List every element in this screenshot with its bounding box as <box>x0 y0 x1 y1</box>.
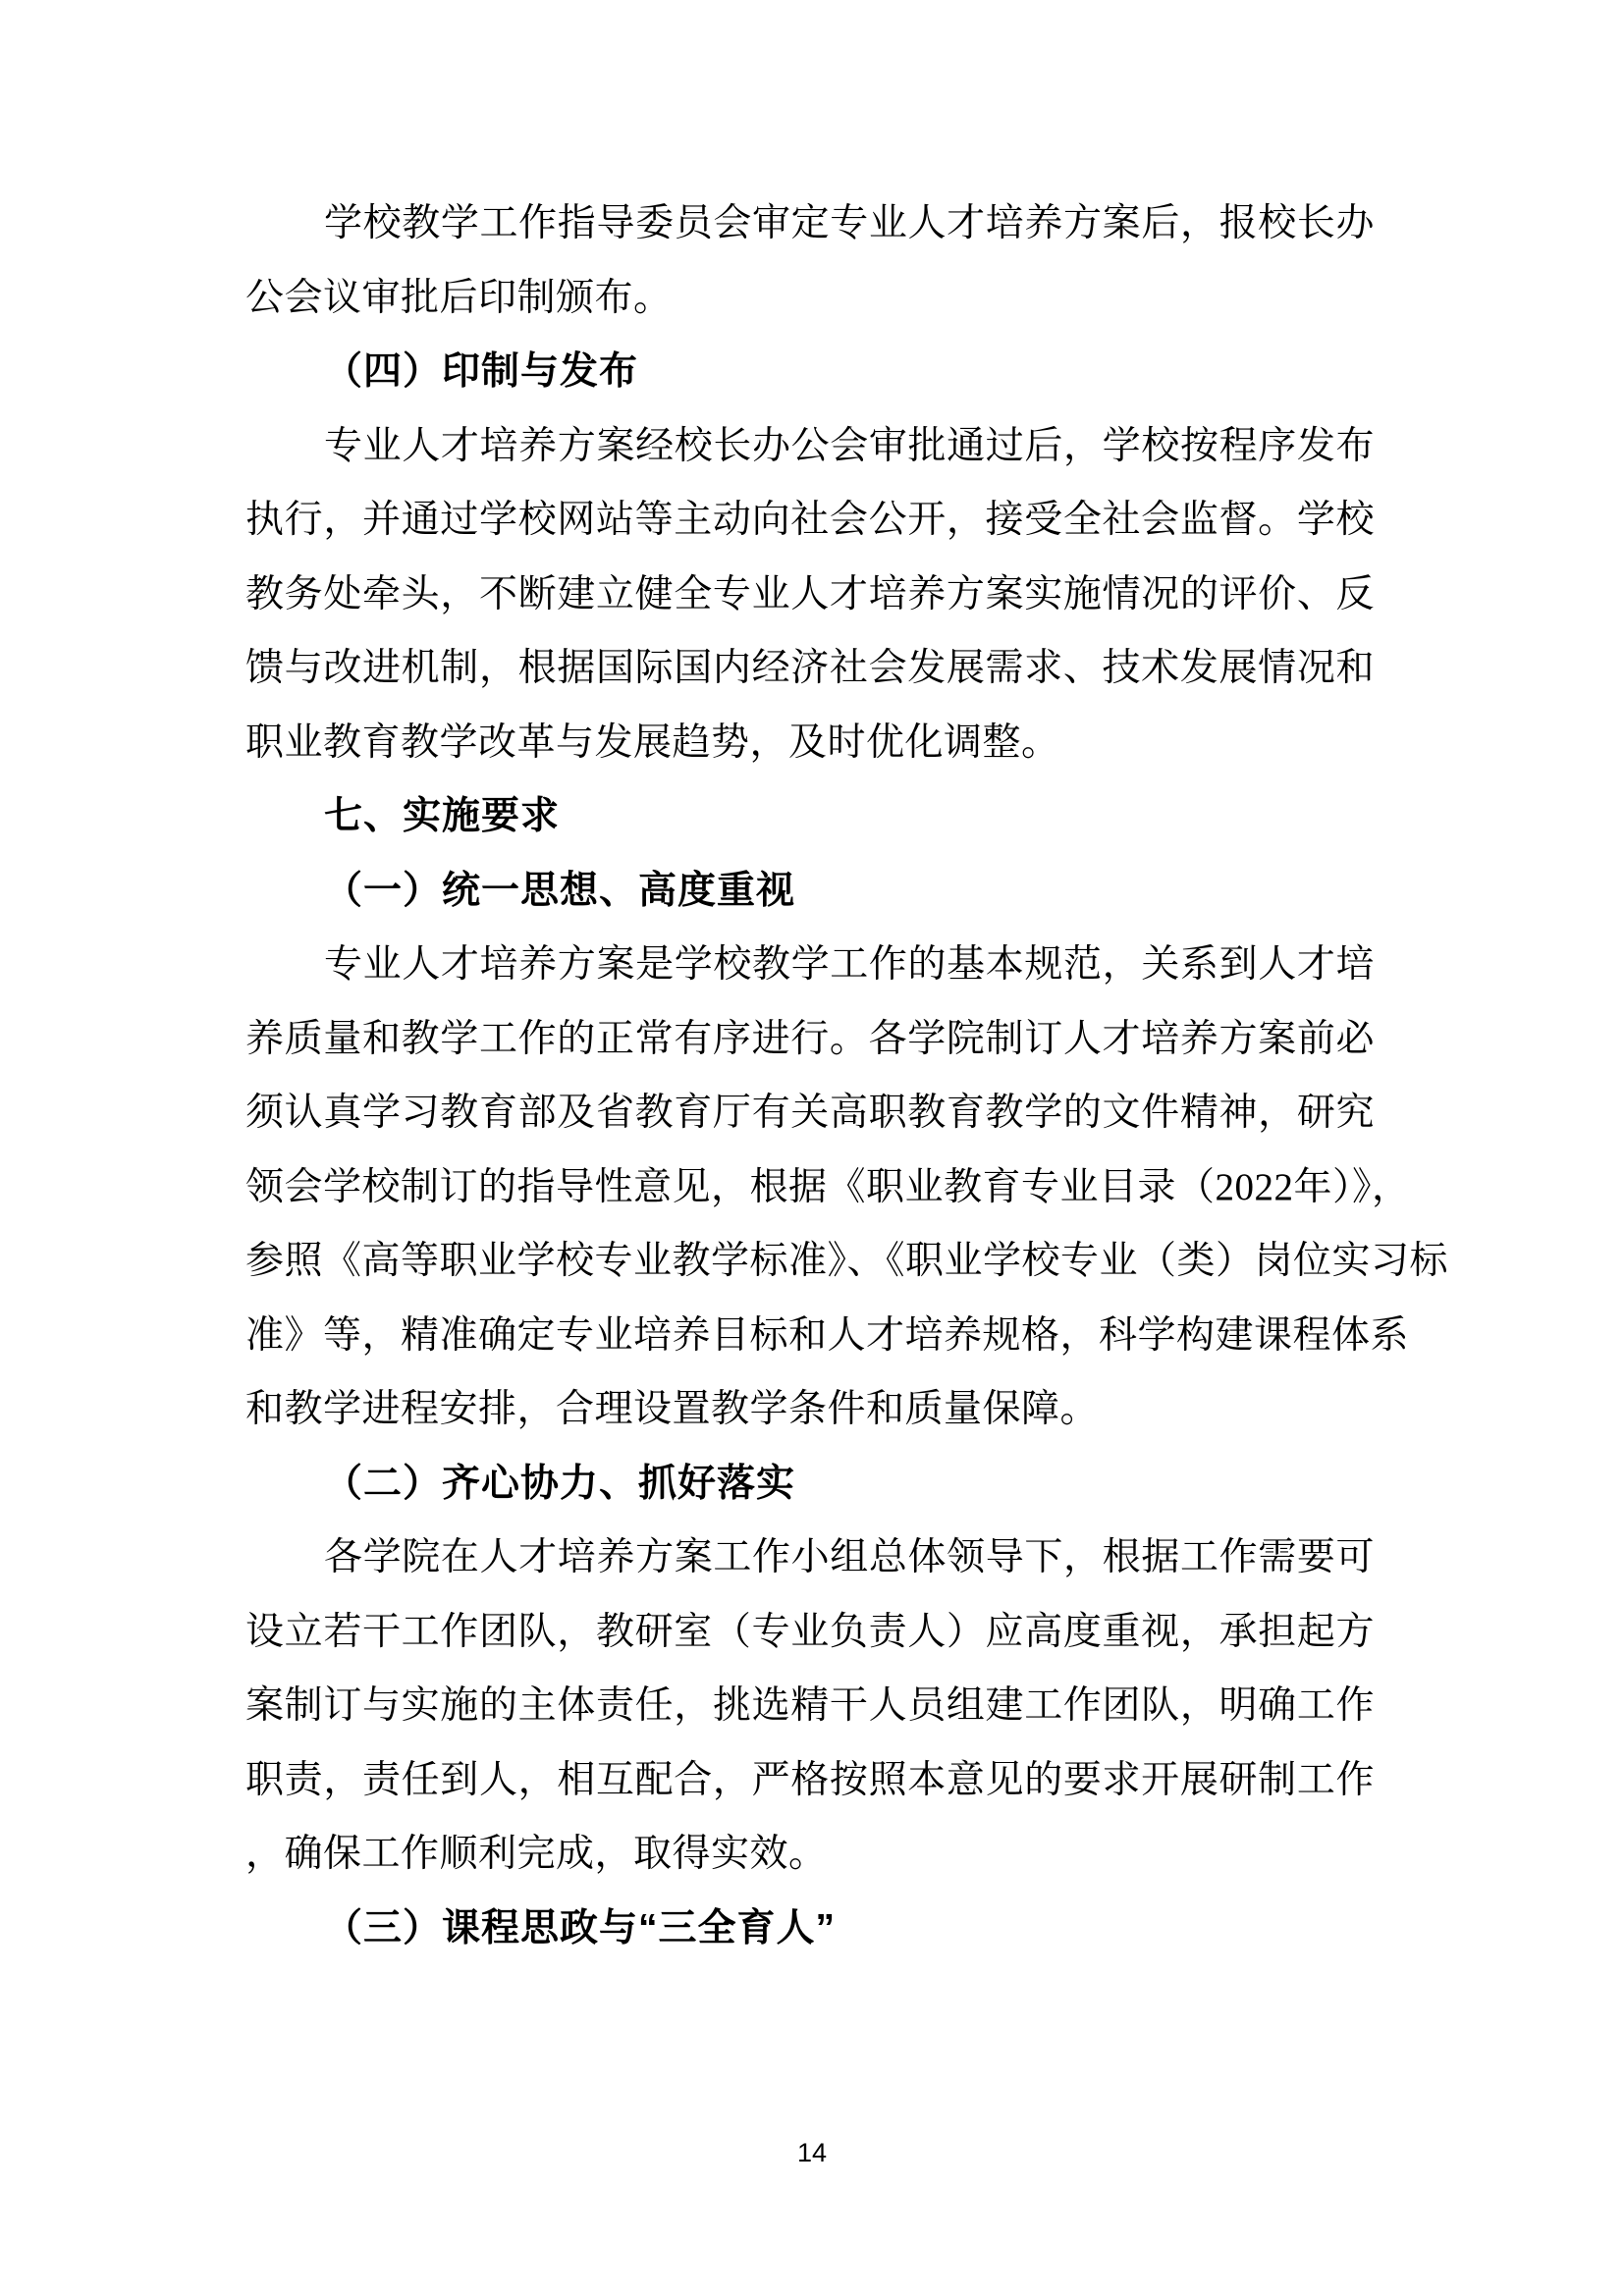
body-line: ，确保工作顺利完成，取得实效。 <box>245 1817 1375 1892</box>
body-line: 参照《高等职业学校专业教学标准》、《职业学校专业（类）岗位实习标 <box>245 1224 1375 1299</box>
body-line: 养质量和教学工作的正常有序进行。各学院制订人才培养方案前必 <box>245 1002 1375 1077</box>
section-heading: （一）统一思想、高度重视 <box>245 854 1375 929</box>
body-line: 专业人才培养方案是学校教学工作的基本规范，关系到人才培 <box>245 928 1375 1002</box>
body-line: 准》等，精准确定专业培养目标和人才培养规格，科学构建课程体系 <box>245 1299 1375 1373</box>
document-page: { "page": { "number": "14", "background_… <box>0 0 1624 2296</box>
section-heading: 七、实施要求 <box>245 779 1375 854</box>
page-number: 14 <box>0 2136 1624 2169</box>
body-line: 学校教学工作指导委员会审定专业人才培养方案后，报校长办 <box>245 187 1375 261</box>
body-line: 须认真学习教育部及省教育厅有关高职教育教学的文件精神，研究 <box>245 1076 1375 1150</box>
body-line: 和教学进程安排，合理设置教学条件和质量保障。 <box>245 1372 1375 1447</box>
body-line: 案制订与实施的主体责任，挑选精干人员组建工作团队，明确工作 <box>245 1669 1375 1743</box>
body-line: 专业人才培养方案经校长办公会审批通过后，学校按程序发布 <box>245 409 1375 484</box>
body-line: 各学院在人才培养方案工作小组总体领导下，根据工作需要可 <box>245 1521 1375 1595</box>
body-line: 公会议审批后印制颁布。 <box>245 261 1375 336</box>
section-heading: （二）齐心协力、抓好落实 <box>245 1447 1375 1522</box>
body-line: 领会学校制订的指导性意见，根据《职业教育专业目录（2022年）》， <box>245 1150 1375 1225</box>
body-line: 职业教育教学改革与发展趋势，及时优化调整。 <box>245 706 1375 780</box>
body-line: 职责，责任到人，相互配合，严格按照本意见的要求开展研制工作 <box>245 1743 1375 1818</box>
section-heading: （三）课程思政与“三全育人” <box>245 1892 1375 1966</box>
section-heading: （四）印制与发布 <box>245 335 1375 409</box>
body-line: 教务处牵头，不断建立健全专业人才培养方案实施情况的评价、反 <box>245 558 1375 632</box>
document-text: 学校教学工作指导委员会审定专业人才培养方案后，报校长办 公会议审批后印制颁布。 … <box>245 187 1375 1965</box>
body-line: 执行，并通过学校网站等主动向社会公开，接受全社会监督。学校 <box>245 483 1375 558</box>
body-line: 馈与改进机制，根据国际国内经济社会发展需求、技术发展情况和 <box>245 631 1375 706</box>
body-line: 设立若干工作团队，教研室（专业负责人）应高度重视，承担起方 <box>245 1595 1375 1670</box>
